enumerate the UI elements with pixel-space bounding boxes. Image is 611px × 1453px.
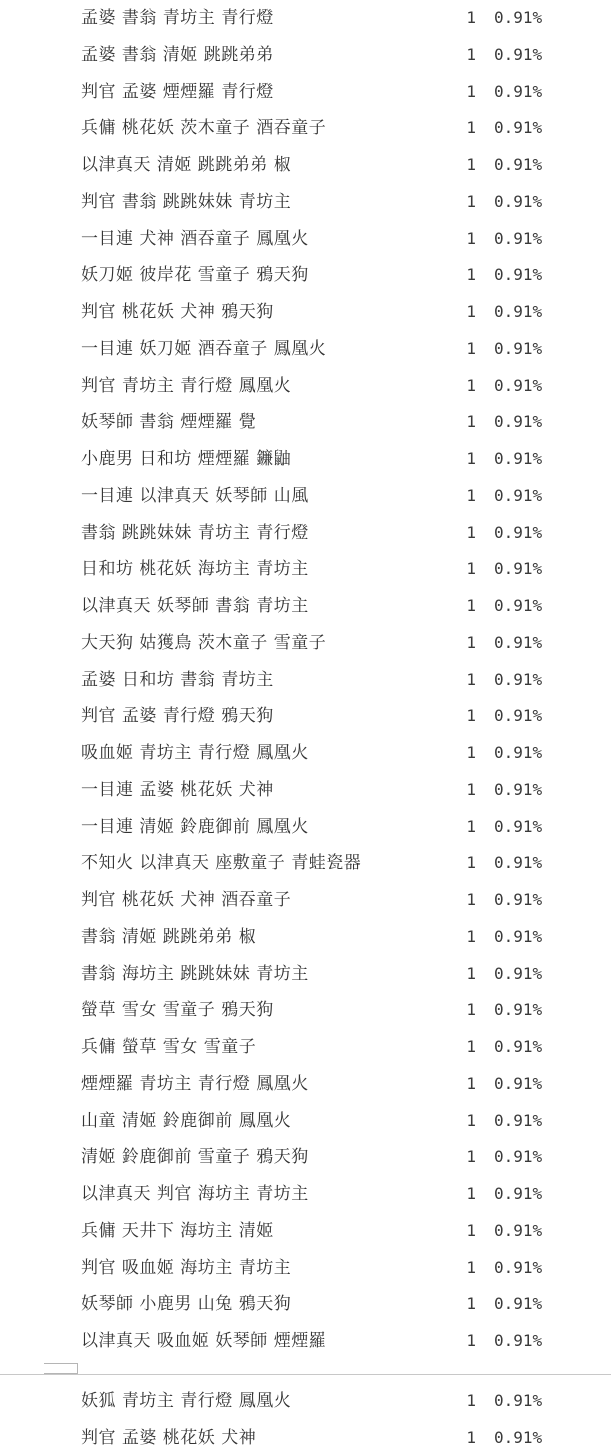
percent-value: 0.91%: [494, 441, 542, 477]
table-row: 書翁 清姬 跳跳弟弟 椒 1 0.91%: [0, 919, 611, 956]
count-value: 1: [460, 992, 476, 1028]
team-combo-text: 以津真天 吸血姬 妖琴師 煙煙羅: [81, 1323, 326, 1359]
table-row: 一目連 以津真天 妖琴師 山風 1 0.91%: [0, 478, 611, 515]
team-combo-text: 書翁 跳跳妹妹 青坊主 青行燈: [81, 515, 309, 551]
team-combo-text: 判官 書翁 跳跳妹妹 青坊主: [81, 184, 291, 220]
percent-value: 0.91%: [494, 735, 542, 771]
team-combo-text: 以津真天 妖琴師 書翁 青坊主: [81, 588, 309, 624]
table-row: 以津真天 妖琴師 書翁 青坊主 1 0.91%: [0, 588, 611, 625]
percent-value: 0.91%: [494, 1250, 542, 1286]
team-combo-text: 判官 孟婆 桃花妖 犬神: [81, 1420, 256, 1453]
team-combo-text: 妖刀姬 彼岸花 雪童子 鴉天狗: [81, 257, 309, 293]
count-value: 1: [460, 1420, 476, 1453]
percent-value: 0.91%: [494, 772, 542, 808]
count-value: 1: [460, 1103, 476, 1139]
team-combo-text: 一目連 妖刀姬 酒吞童子 鳳凰火: [81, 331, 326, 367]
table-row: 孟婆 日和坊 書翁 青坊主 1 0.91%: [0, 662, 611, 699]
percent-value: 0.91%: [494, 1286, 542, 1322]
team-combo-text: 一目連 以津真天 妖琴師 山風: [81, 478, 309, 514]
document-page-1: 孟婆 書翁 青坊主 青行燈 1 0.91% 孟婆 書翁 清姬 跳跳弟弟 1 0.…: [0, 0, 611, 1360]
count-value: 1: [460, 37, 476, 73]
percent-value: 0.91%: [494, 551, 542, 587]
count-value: 1: [460, 735, 476, 771]
count-value: 1: [460, 441, 476, 477]
team-combo-text: 兵傭 螢草 雪女 雪童子: [81, 1029, 256, 1065]
count-value: 1: [460, 809, 476, 845]
percent-value: 0.91%: [494, 74, 542, 110]
table-row: 以津真天 吸血姬 妖琴師 煙煙羅 1 0.91%: [0, 1323, 611, 1360]
percent-value: 0.91%: [494, 919, 542, 955]
team-combo-text: 妖狐 青坊主 青行燈 鳳凰火: [81, 1383, 291, 1419]
team-combo-text: 判官 孟婆 青行燈 鴉天狗: [81, 698, 274, 734]
team-combo-text: 一目連 犬神 酒吞童子 鳳凰火: [81, 221, 309, 257]
table-row: 判官 桃花妖 犬神 酒吞童子 1 0.91%: [0, 882, 611, 919]
percent-value: 0.91%: [494, 331, 542, 367]
table-row: 判官 青坊主 青行燈 鳳凰火 1 0.91%: [0, 368, 611, 405]
page-break-marker-icon: [44, 1363, 78, 1374]
percent-value: 0.91%: [494, 1066, 542, 1102]
table-row: 一目連 清姬 鈴鹿御前 鳳凰火 1 0.91%: [0, 809, 611, 846]
table-row: 判官 吸血姬 海坊主 青坊主 1 0.91%: [0, 1250, 611, 1287]
percent-value: 0.91%: [494, 184, 542, 220]
percent-value: 0.91%: [494, 37, 542, 73]
team-combo-text: 孟婆 書翁 清姬 跳跳弟弟: [81, 37, 274, 73]
percent-value: 0.91%: [494, 368, 542, 404]
table-row: 判官 書翁 跳跳妹妹 青坊主 1 0.91%: [0, 184, 611, 221]
table-row: 一目連 妖刀姬 酒吞童子 鳳凰火 1 0.91%: [0, 331, 611, 368]
percent-value: 0.91%: [494, 294, 542, 330]
team-combo-text: 判官 桃花妖 犬神 鴉天狗: [81, 294, 274, 330]
table-row: 螢草 雪女 雪童子 鴉天狗 1 0.91%: [0, 992, 611, 1029]
team-combo-text: 山童 清姬 鈴鹿御前 鳳凰火: [81, 1103, 291, 1139]
table-row: 大天狗 姑獲鳥 茨木童子 雪童子 1 0.91%: [0, 625, 611, 662]
team-combo-text: 妖琴師 書翁 煙煙羅 覺: [81, 404, 256, 440]
table-row: 妖琴師 書翁 煙煙羅 覺 1 0.91%: [0, 404, 611, 441]
count-value: 1: [460, 845, 476, 881]
team-combo-text: 判官 孟婆 煙煙羅 青行燈: [81, 74, 274, 110]
count-value: 1: [460, 404, 476, 440]
percent-value: 0.91%: [494, 698, 542, 734]
percent-value: 0.91%: [494, 221, 542, 257]
percent-value: 0.91%: [494, 956, 542, 992]
percent-value: 0.91%: [494, 515, 542, 551]
table-row: 妖刀姬 彼岸花 雪童子 鴉天狗 1 0.91%: [0, 257, 611, 294]
table-row: 煙煙羅 青坊主 青行燈 鳳凰火 1 0.91%: [0, 1066, 611, 1103]
count-value: 1: [460, 662, 476, 698]
table-row: 小鹿男 日和坊 煙煙羅 鐮鼬 1 0.91%: [0, 441, 611, 478]
percent-value: 0.91%: [494, 662, 542, 698]
percent-value: 0.91%: [494, 1323, 542, 1359]
count-value: 1: [460, 1323, 476, 1359]
team-combo-text: 孟婆 日和坊 書翁 青坊主: [81, 662, 274, 698]
page-break-divider: [0, 1374, 611, 1375]
table-row: 妖狐 青坊主 青行燈 鳳凰火 1 0.91%: [0, 1383, 611, 1420]
count-value: 1: [460, 478, 476, 514]
count-value: 1: [460, 698, 476, 734]
percent-value: 0.91%: [494, 588, 542, 624]
table-row: 兵傭 螢草 雪女 雪童子 1 0.91%: [0, 1029, 611, 1066]
table-row: 清姬 鈴鹿御前 雪童子 鴉天狗 1 0.91%: [0, 1139, 611, 1176]
count-value: 1: [460, 147, 476, 183]
table-row: 一目連 孟婆 桃花妖 犬神 1 0.91%: [0, 772, 611, 809]
team-combo-text: 以津真天 清姬 跳跳弟弟 椒: [81, 147, 291, 183]
count-value: 1: [460, 1286, 476, 1322]
count-value: 1: [460, 1029, 476, 1065]
count-value: 1: [460, 772, 476, 808]
team-combo-text: 妖琴師 小鹿男 山兔 鴉天狗: [81, 1286, 291, 1322]
team-combo-text: 不知火 以津真天 座敷童子 青蛙瓷器: [81, 845, 361, 881]
percent-value: 0.91%: [494, 1420, 542, 1453]
table-row: 不知火 以津真天 座敷童子 青蛙瓷器 1 0.91%: [0, 845, 611, 882]
percent-value: 0.91%: [494, 809, 542, 845]
table-row: 日和坊 桃花妖 海坊主 青坊主 1 0.91%: [0, 551, 611, 588]
team-combo-text: 以津真天 判官 海坊主 青坊主: [81, 1176, 309, 1212]
table-row: 判官 桃花妖 犬神 鴉天狗 1 0.91%: [0, 294, 611, 331]
percent-value: 0.91%: [494, 1383, 542, 1419]
percent-value: 0.91%: [494, 625, 542, 661]
percent-value: 0.91%: [494, 1213, 542, 1249]
percent-value: 0.91%: [494, 882, 542, 918]
count-value: 1: [460, 1213, 476, 1249]
percent-value: 0.91%: [494, 845, 542, 881]
table-row: 判官 孟婆 青行燈 鴉天狗 1 0.91%: [0, 698, 611, 735]
count-value: 1: [460, 956, 476, 992]
count-value: 1: [460, 331, 476, 367]
table-row: 兵傭 桃花妖 茨木童子 酒吞童子 1 0.91%: [0, 110, 611, 147]
percent-value: 0.91%: [494, 257, 542, 293]
team-combo-text: 兵傭 天井下 海坊主 清姬: [81, 1213, 274, 1249]
count-value: 1: [460, 110, 476, 146]
percent-value: 0.91%: [494, 0, 542, 36]
team-combo-text: 螢草 雪女 雪童子 鴉天狗: [81, 992, 274, 1028]
count-value: 1: [460, 588, 476, 624]
team-combo-text: 書翁 海坊主 跳跳妹妹 青坊主: [81, 956, 309, 992]
table-row: 孟婆 書翁 青坊主 青行燈 1 0.91%: [0, 0, 611, 37]
team-combo-text: 小鹿男 日和坊 煙煙羅 鐮鼬: [81, 441, 291, 477]
table-row: 一目連 犬神 酒吞童子 鳳凰火 1 0.91%: [0, 221, 611, 258]
team-combo-text: 吸血姬 青坊主 青行燈 鳳凰火: [81, 735, 309, 771]
count-value: 1: [460, 184, 476, 220]
percent-value: 0.91%: [494, 404, 542, 440]
table-row: 書翁 海坊主 跳跳妹妹 青坊主 1 0.91%: [0, 956, 611, 993]
count-value: 1: [460, 882, 476, 918]
team-combo-text: 一目連 孟婆 桃花妖 犬神: [81, 772, 274, 808]
team-combo-text: 孟婆 書翁 青坊主 青行燈: [81, 0, 274, 36]
count-value: 1: [460, 551, 476, 587]
count-value: 1: [460, 257, 476, 293]
count-value: 1: [460, 515, 476, 551]
count-value: 1: [460, 74, 476, 110]
count-value: 1: [460, 1139, 476, 1175]
table-row: 以津真天 清姬 跳跳弟弟 椒 1 0.91%: [0, 147, 611, 184]
percent-value: 0.91%: [494, 1029, 542, 1065]
table-row: 判官 孟婆 桃花妖 犬神 1 0.91%: [0, 1420, 611, 1453]
table-row: 妖琴師 小鹿男 山兔 鴉天狗 1 0.91%: [0, 1286, 611, 1323]
count-value: 1: [460, 625, 476, 661]
count-value: 1: [460, 919, 476, 955]
table-row: 兵傭 天井下 海坊主 清姬 1 0.91%: [0, 1213, 611, 1250]
count-value: 1: [460, 368, 476, 404]
percent-value: 0.91%: [494, 110, 542, 146]
percent-value: 0.91%: [494, 478, 542, 514]
table-row: 孟婆 書翁 清姬 跳跳弟弟 1 0.91%: [0, 37, 611, 74]
table-row: 以津真天 判官 海坊主 青坊主 1 0.91%: [0, 1176, 611, 1213]
team-combo-text: 煙煙羅 青坊主 青行燈 鳳凰火: [81, 1066, 309, 1102]
table-row: 書翁 跳跳妹妹 青坊主 青行燈 1 0.91%: [0, 515, 611, 552]
team-combo-text: 兵傭 桃花妖 茨木童子 酒吞童子: [81, 110, 326, 146]
percent-value: 0.91%: [494, 1139, 542, 1175]
count-value: 1: [460, 221, 476, 257]
percent-value: 0.91%: [494, 1103, 542, 1139]
count-value: 1: [460, 294, 476, 330]
team-combo-text: 書翁 清姬 跳跳弟弟 椒: [81, 919, 256, 955]
table-row: 吸血姬 青坊主 青行燈 鳳凰火 1 0.91%: [0, 735, 611, 772]
percent-value: 0.91%: [494, 992, 542, 1028]
count-value: 1: [460, 1066, 476, 1102]
team-combo-text: 判官 青坊主 青行燈 鳳凰火: [81, 368, 291, 404]
team-combo-text: 清姬 鈴鹿御前 雪童子 鴉天狗: [81, 1139, 309, 1175]
count-value: 1: [460, 1383, 476, 1419]
count-value: 1: [460, 1176, 476, 1212]
percent-value: 0.91%: [494, 1176, 542, 1212]
team-combo-text: 大天狗 姑獲鳥 茨木童子 雪童子: [81, 625, 326, 661]
count-value: 1: [460, 0, 476, 36]
team-combo-text: 一目連 清姬 鈴鹿御前 鳳凰火: [81, 809, 309, 845]
table-row: 判官 孟婆 煙煙羅 青行燈 1 0.91%: [0, 74, 611, 111]
count-value: 1: [460, 1250, 476, 1286]
team-combo-text: 判官 桃花妖 犬神 酒吞童子: [81, 882, 291, 918]
team-combo-text: 判官 吸血姬 海坊主 青坊主: [81, 1250, 291, 1286]
percent-value: 0.91%: [494, 147, 542, 183]
table-row: 山童 清姬 鈴鹿御前 鳳凰火 1 0.91%: [0, 1103, 611, 1140]
team-combo-text: 日和坊 桃花妖 海坊主 青坊主: [81, 551, 309, 587]
document-page-2: 妖狐 青坊主 青行燈 鳳凰火 1 0.91% 判官 孟婆 桃花妖 犬神 1 0.…: [0, 1383, 611, 1453]
